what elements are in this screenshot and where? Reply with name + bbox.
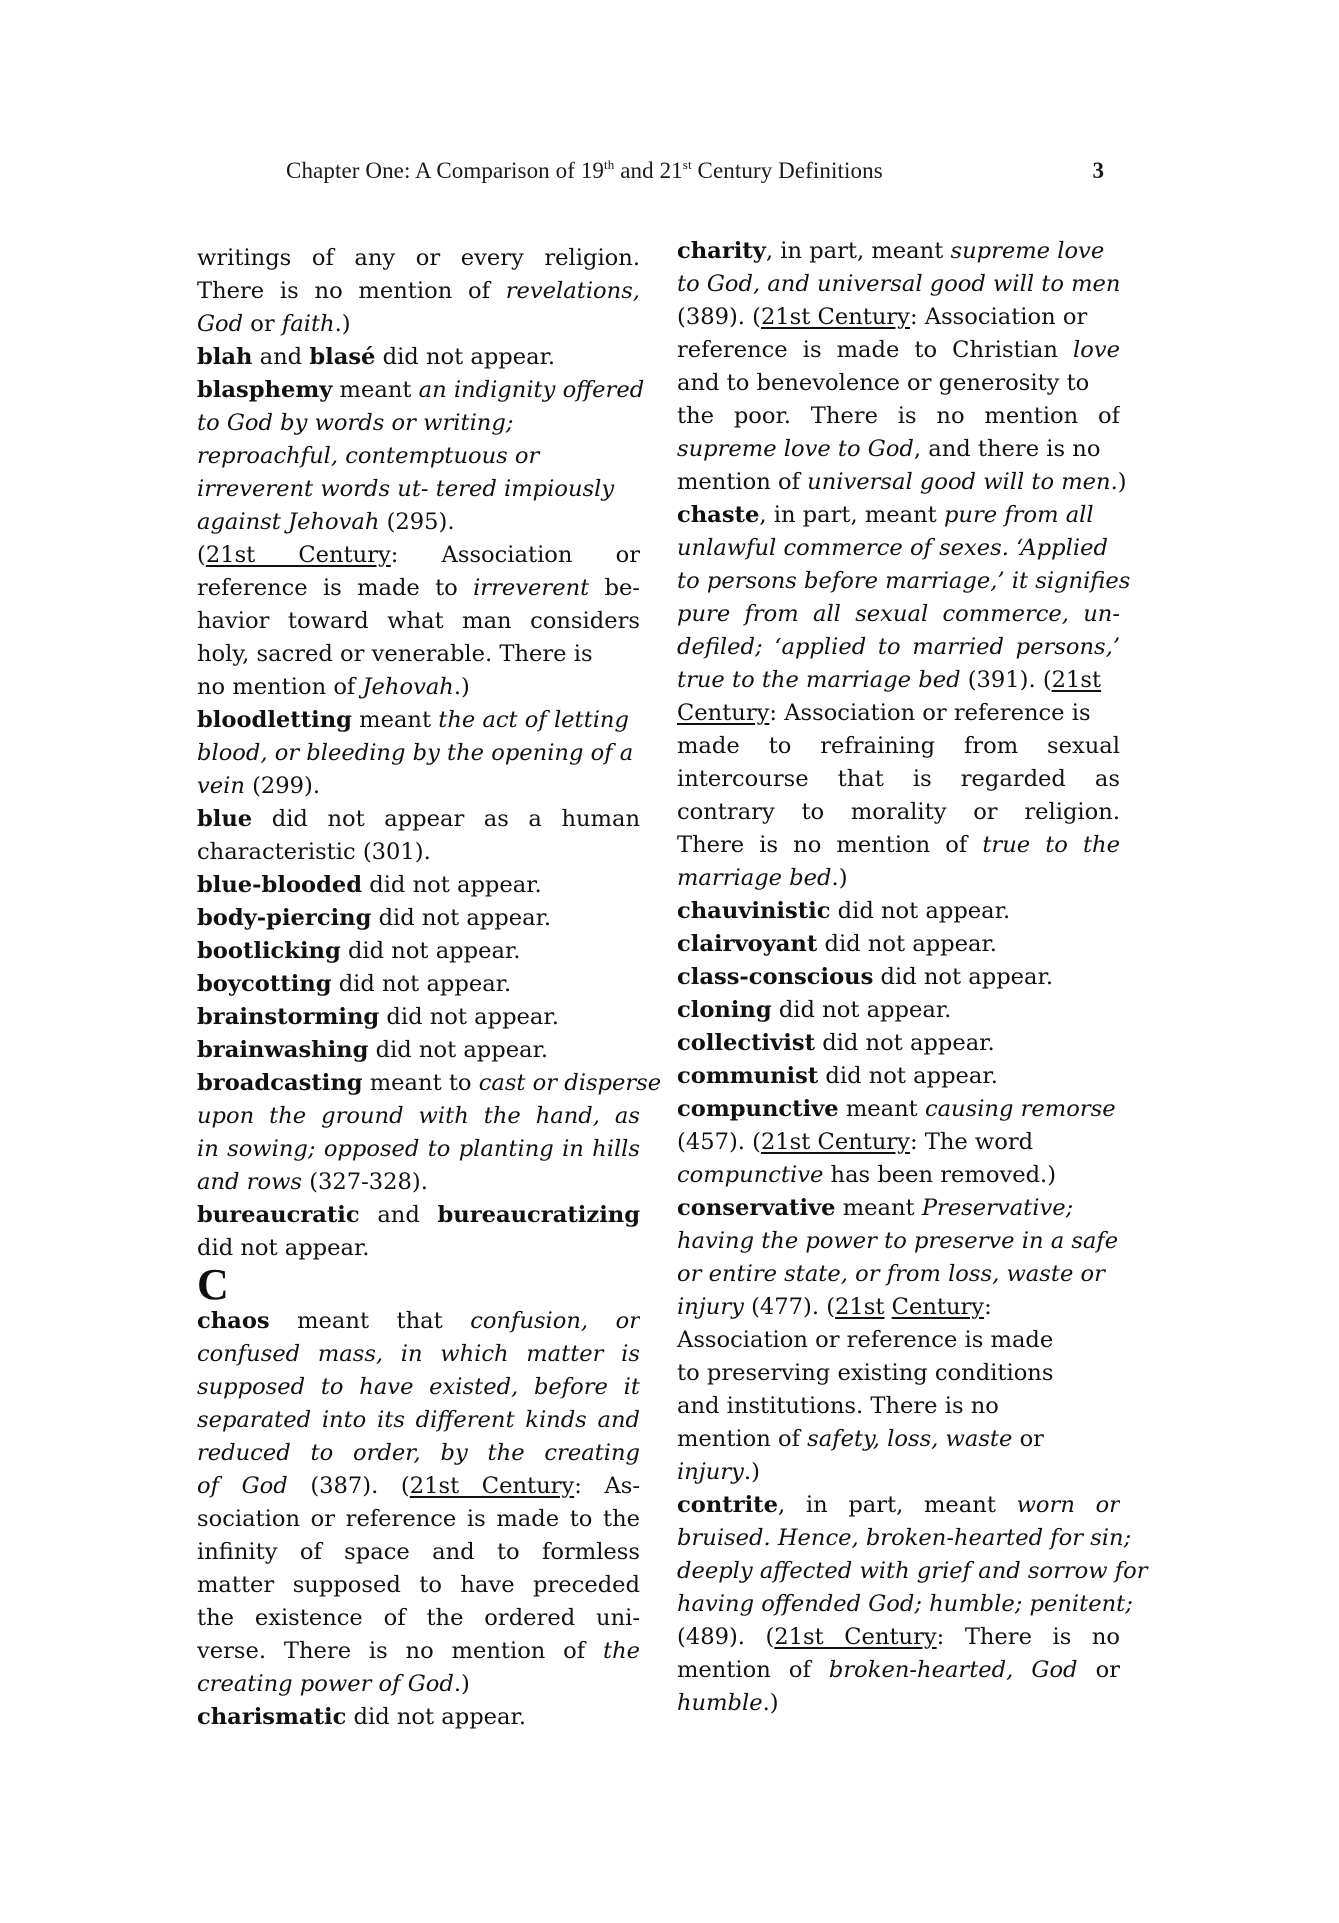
text-run: did not appear. — [368, 1037, 548, 1063]
text-run: to preserving existing conditions — [677, 1360, 1053, 1386]
text-line: body-piercing did not appear. — [197, 902, 640, 935]
text-line: marriage bed.) — [677, 862, 1120, 895]
text-run: did not appear. — [830, 898, 1010, 924]
text-run: : — [984, 1294, 992, 1320]
definition-italic: safety, loss, waste — [807, 1426, 1012, 1452]
text-run: There is no mention of — [197, 278, 506, 304]
century-label: 21st — [1052, 667, 1101, 693]
text-line: charity, in part, meant supreme love — [677, 235, 1120, 268]
text-line: contrite, in part, meant worn or — [677, 1489, 1120, 1522]
chapter-title: Chapter One: A Comparison of 19th and 21… — [286, 158, 883, 184]
definition-italic: injury — [677, 1294, 744, 1320]
text-run: : Association or — [910, 304, 1087, 330]
definition-italic: worn or — [1017, 1492, 1120, 1518]
century-label: Century — [892, 1294, 984, 1320]
headword: broadcasting — [197, 1070, 363, 1096]
text-run: C — [197, 1260, 229, 1309]
text-run: (299). — [245, 773, 320, 799]
text-line: made to refraining from sexual — [677, 730, 1120, 763]
headword: charismatic — [197, 1704, 346, 1730]
text-run: did not appear. — [375, 344, 555, 370]
definition-italic: irreverent — [473, 575, 589, 601]
text-run: .) — [832, 865, 848, 891]
definition-italic: true to the — [982, 832, 1120, 858]
text-run: verse. There is no mention of — [197, 1638, 603, 1664]
headword: bootlicking — [197, 938, 341, 964]
headword: collectivist — [677, 1030, 815, 1056]
definition-italic: confused mass, in which matter is — [197, 1341, 640, 1367]
title-part: Chapter One: A Comparison of 19 — [286, 158, 604, 183]
text-line: (457). (21st Century: The word — [677, 1126, 1120, 1159]
running-head: Chapter One: A Comparison of 19th and 21… — [286, 158, 1104, 188]
right-column: charity, in part, meant supreme loveto G… — [677, 235, 1120, 1720]
text-line: intercourse that is regarded as — [677, 763, 1120, 796]
text-line: defiled; ‘applied to married persons,’ — [677, 631, 1120, 664]
headword: bureaucratic — [197, 1202, 360, 1228]
text-run: did not appear. — [379, 1004, 559, 1030]
text-run: reference is made to Christian — [677, 337, 1073, 363]
text-run: did not appear as a human — [252, 806, 640, 832]
text-run: (389). ( — [677, 304, 761, 330]
definition-italic: marriage bed — [677, 865, 832, 891]
text-line: chaos meant that confusion, or — [197, 1305, 640, 1338]
text-run: and institutions. There is no — [677, 1393, 999, 1419]
text-line: humble.) — [677, 1687, 1120, 1720]
definition-italic: reproachful, contemptuous or — [197, 443, 539, 469]
text-line: charismatic did not appear. — [197, 1701, 640, 1734]
text-run: : As- — [574, 1473, 640, 1499]
century-label: 21st Century — [761, 304, 910, 330]
definition-italic: or entire state, or from loss, waste or — [677, 1261, 1105, 1287]
text-line: deeply affected with grief and sorrow fo… — [677, 1555, 1120, 1588]
text-line: cloning did not appear. — [677, 994, 1120, 1027]
text-line: true to the marriage bed (391). (21st — [677, 664, 1120, 697]
definition-italic: injury — [677, 1459, 744, 1485]
text-run: .) — [763, 1690, 779, 1716]
superscript-th: th — [604, 157, 614, 172]
headword: chaos — [197, 1308, 270, 1334]
book-page: Chapter One: A Comparison of 19th and 21… — [0, 0, 1339, 1923]
text-line: blah and blasé did not appear. — [197, 341, 640, 374]
superscript-st: st — [683, 157, 692, 172]
text-run: did not appear. — [772, 997, 952, 1023]
definition-italic: vein — [197, 773, 245, 799]
definition-italic: creating power of God — [197, 1671, 454, 1697]
definition-italic: faith — [282, 311, 335, 337]
definition-italic: reduced to order, by the creating power — [197, 1440, 640, 1470]
text-line: confused mass, in which matter is — [197, 1338, 640, 1371]
text-run: did not appear. — [818, 1063, 998, 1089]
text-run: did not appear. — [873, 964, 1053, 990]
text-line: blue did not appear as a human — [197, 803, 640, 836]
definition-italic: supreme love — [950, 238, 1104, 264]
text-line: upon the ground with the hand, as seed — [197, 1100, 640, 1133]
text-line: creating power of God.) — [197, 1668, 640, 1701]
text-line: (489). (21st Century: There is no — [677, 1621, 1120, 1654]
text-run: intercourse that is regarded as — [677, 766, 1120, 792]
century-label: 21st Century — [774, 1624, 936, 1650]
text-run: There is no mention of — [677, 832, 982, 858]
text-run: meant — [839, 1096, 925, 1122]
text-run: and to benevolence or generosity to — [677, 370, 1089, 396]
text-line: conservative meant Preservative; — [677, 1192, 1120, 1225]
text-run: mention of — [677, 1657, 829, 1683]
definition-italic: unlawful commerce of sexes. ‘Applied — [677, 535, 1108, 561]
headword: compunctive — [677, 1096, 839, 1122]
text-line: reproachful, contemptuous or — [197, 440, 640, 473]
definition-italic: humble — [677, 1690, 763, 1716]
definition-italic: broken-hearted, God — [829, 1657, 1078, 1683]
text-run: .) — [335, 311, 351, 337]
definition-italic: defiled; ‘applied to married persons,’ — [677, 634, 1120, 660]
left-column: writings of any or every religion.There … — [197, 242, 640, 1734]
text-run: or — [1012, 1426, 1044, 1452]
text-line: to persons before marriage,’ it signifie… — [677, 565, 1120, 598]
text-run: meant — [332, 377, 418, 403]
text-line: mention of safety, loss, waste or — [677, 1423, 1120, 1456]
definition-italic: having the power to preserve in a safe — [677, 1228, 1118, 1254]
text-line: reference is made to Christian love — [677, 334, 1120, 367]
definition-italic: pure from all — [944, 502, 1094, 528]
text-run: .) — [454, 674, 470, 700]
text-line: separated into its different kinds and — [197, 1404, 640, 1437]
text-run: infinity of space and to formless — [197, 1539, 640, 1565]
text-line: the poor. There is no mention of — [677, 400, 1120, 433]
text-line: in sowing; opposed to planting in hills — [197, 1133, 640, 1166]
text-line: contrary to morality or religion. — [677, 796, 1120, 829]
headword: blasphemy — [197, 377, 332, 403]
text-run: , and there is no — [914, 436, 1101, 462]
text-line: and to benevolence or generosity to — [677, 367, 1120, 400]
text-line: and rows (327-328). — [197, 1166, 640, 1199]
century-label: 21st Century — [761, 1129, 910, 1155]
definition-italic: and rows — [197, 1169, 302, 1195]
definition-italic: cast or disperse — [479, 1070, 661, 1096]
definition-italic: of God — [197, 1473, 288, 1499]
definition-italic: universal good will to men — [807, 469, 1110, 495]
text-line: vein (299). — [197, 770, 640, 803]
text-line: supposed to have existed, before it was — [197, 1371, 640, 1404]
text-run: (391). ( — [961, 667, 1052, 693]
text-run: did not appear. — [371, 905, 551, 931]
text-run: did not appear. — [341, 938, 521, 964]
text-run: mention of — [677, 1426, 807, 1452]
century-label: 21st Century — [206, 542, 391, 568]
definition-italic: to God by words or writing; — [197, 410, 513, 436]
text-line: blasphemy meant an indignity offered — [197, 374, 640, 407]
text-line: injury (477). (21st Century: — [677, 1291, 1120, 1324]
text-line: mention of broken-hearted, God or — [677, 1654, 1120, 1687]
headword: conservative — [677, 1195, 836, 1221]
text-line: pure from all sexual commerce, un- — [677, 598, 1120, 631]
text-run: ( — [197, 542, 206, 568]
definition-italic: God — [197, 311, 243, 337]
headword: brainwashing — [197, 1037, 368, 1063]
definition-italic: the — [603, 1638, 640, 1664]
text-run: writings of any or every religion. — [197, 245, 640, 271]
definition-italic: causing remorse — [925, 1096, 1116, 1122]
text-run: did not appear. — [346, 1704, 526, 1730]
text-run: .) — [454, 1671, 470, 1697]
text-line: blue-blooded did not appear. — [197, 869, 640, 902]
text-run: characteristic (301). — [197, 839, 431, 865]
text-line: There is no mention of revelations, — [197, 275, 640, 308]
definition-italic: upon the ground with the hand, as seed — [197, 1103, 640, 1133]
text-run: .) — [1111, 469, 1127, 495]
century-label: Century — [677, 700, 769, 726]
text-line: against Jehovah (295). — [197, 506, 640, 539]
text-line: Association or reference is made — [677, 1324, 1120, 1357]
text-line: writings of any or every religion. — [197, 242, 640, 275]
text-run: (489). ( — [677, 1624, 774, 1650]
text-line: holy, sacred or venerable. There is — [197, 638, 640, 671]
headword: blue-blooded — [197, 872, 362, 898]
text-run: and — [252, 344, 309, 370]
text-line: infinity of space and to formless — [197, 1536, 640, 1569]
definition-italic: separated into its different kinds and — [197, 1407, 640, 1433]
headword: body-piercing — [197, 905, 371, 931]
text-run: (295). — [379, 509, 454, 535]
text-line: unlawful commerce of sexes. ‘Applied — [677, 532, 1120, 565]
text-line: boycotting did not appear. — [197, 968, 640, 1001]
headword: communist — [677, 1063, 818, 1089]
text-line: to preserving existing conditions — [677, 1357, 1120, 1390]
headword: cloning — [677, 997, 772, 1023]
text-run: : Association or reference is — [769, 700, 1090, 726]
headword: bureaucratizing — [437, 1202, 640, 1228]
text-run — [884, 1294, 891, 1320]
text-run: contrary to morality or religion. — [677, 799, 1120, 825]
text-run: reference is made to — [197, 575, 473, 601]
century-label: 21st Century — [410, 1473, 574, 1499]
text-line: characteristic (301). — [197, 836, 640, 869]
text-run: no mention of — [197, 674, 362, 700]
text-line: to God by words or writing; — [197, 407, 640, 440]
text-line: bureaucratic and bureaucratizing — [197, 1199, 640, 1232]
definition-italic: Preservative; — [922, 1195, 1073, 1221]
section-letter-heading: C — [197, 1265, 640, 1305]
text-run: did not appear. — [362, 872, 542, 898]
text-line: collectivist did not appear. — [677, 1027, 1120, 1060]
headword: chaste — [677, 502, 759, 528]
text-line: class-conscious did not appear. — [677, 961, 1120, 994]
text-line: irreverent words ut- tered impiously — [197, 473, 640, 506]
definition-italic: to persons before marriage,’ it signifie… — [677, 568, 1130, 594]
text-run: and — [360, 1202, 438, 1228]
text-line: havior toward what man considers — [197, 605, 640, 638]
text-run: sociation or reference is made to the — [197, 1506, 640, 1532]
text-run: meant that — [270, 1308, 471, 1334]
text-run: did not appear. — [815, 1030, 995, 1056]
text-line: supreme love to God, and there is no — [677, 433, 1120, 466]
text-run: has been removed.) — [823, 1162, 1056, 1188]
headword: chauvinistic — [677, 898, 830, 924]
text-run: , in part, meant — [778, 1492, 1017, 1518]
text-run: did not appear. — [332, 971, 512, 997]
text-run: (457). ( — [677, 1129, 761, 1155]
definition-italic: confusion, or — [470, 1308, 640, 1334]
headword: blah — [197, 344, 252, 370]
text-line: the existence of the ordered uni- — [197, 1602, 640, 1635]
text-run: did not appear. — [817, 931, 997, 957]
text-line: (389). (21st Century: Association or — [677, 301, 1120, 334]
text-run: havior toward what man considers — [197, 608, 640, 634]
text-line: (21st Century: Association or — [197, 539, 640, 572]
text-run: : The word — [910, 1129, 1033, 1155]
headword: class-conscious — [677, 964, 873, 990]
text-run: mention of — [677, 469, 807, 495]
definition-italic: to God, and universal good will to men — [677, 271, 1120, 297]
text-line: There is no mention of true to the — [677, 829, 1120, 862]
definition-italic: the act of letting — [438, 707, 629, 733]
definition-italic: deeply affected with grief and sorrow fo… — [677, 1558, 1148, 1584]
text-line: compunctive meant causing remorse — [677, 1093, 1120, 1126]
definition-italic: Jehovah — [362, 674, 453, 700]
text-run: , in part, meant — [766, 238, 951, 264]
text-run: , in part, meant — [759, 502, 944, 528]
definition-italic: blood, or bleeding by the opening of a — [197, 740, 633, 766]
definition-italic: having offended God; humble; penitent; — [677, 1591, 1133, 1617]
headword: clairvoyant — [677, 931, 817, 957]
title-part: and 21 — [614, 158, 682, 183]
definition-italic: in sowing; opposed to planting in hills — [197, 1136, 640, 1162]
text-line: communist did not appear. — [677, 1060, 1120, 1093]
text-run: Association or reference is made — [677, 1327, 1053, 1353]
text-run: be- — [589, 575, 640, 601]
definition-italic: true to the marriage bed — [677, 667, 961, 693]
text-line: verse. There is no mention of the — [197, 1635, 640, 1668]
text-run: the existence of the ordered uni- — [197, 1605, 640, 1631]
headword: contrite — [677, 1492, 778, 1518]
definition-italic: supposed to have existed, before it was — [197, 1374, 640, 1404]
text-line: of God (387). (21st Century: As- — [197, 1470, 640, 1503]
definition-italic: irreverent words ut- tered impiously — [197, 476, 614, 502]
text-line: matter supposed to have preceded — [197, 1569, 640, 1602]
text-line: chaste, in part, meant pure from all — [677, 499, 1120, 532]
text-line: bootlicking did not appear. — [197, 935, 640, 968]
title-part: Century Definitions — [692, 158, 883, 183]
text-line: bloodletting meant the act of letting — [197, 704, 640, 737]
text-line: clairvoyant did not appear. — [677, 928, 1120, 961]
century-label: 21st — [835, 1294, 884, 1320]
text-line: did not appear. — [197, 1232, 640, 1265]
text-run: meant — [352, 707, 438, 733]
headword: bloodletting — [197, 707, 352, 733]
text-line: injury.) — [677, 1456, 1120, 1489]
text-line: reduced to order, by the creating power — [197, 1437, 640, 1470]
text-run: matter supposed to have preceded — [197, 1572, 640, 1598]
text-line: brainwashing did not appear. — [197, 1034, 640, 1067]
text-line: reference is made to irreverent be- — [197, 572, 640, 605]
text-run: or — [1078, 1657, 1120, 1683]
text-run: (327-328). — [302, 1169, 428, 1195]
text-line: having offended God; humble; penitent; — [677, 1588, 1120, 1621]
text-line: to God, and universal good will to men — [677, 268, 1120, 301]
text-run: : There is no — [937, 1624, 1120, 1650]
text-line: mention of universal good will to men.) — [677, 466, 1120, 499]
text-run: (387). ( — [288, 1473, 410, 1499]
text-run: .) — [744, 1459, 760, 1485]
text-run: : Association or — [391, 542, 640, 568]
definition-italic: love — [1073, 337, 1120, 363]
text-line: Century: Association or reference is — [677, 697, 1120, 730]
text-line: God or faith.) — [197, 308, 640, 341]
text-line: no mention of Jehovah.) — [197, 671, 640, 704]
text-run: meant to — [363, 1070, 479, 1096]
definition-italic: supreme love to God — [677, 436, 914, 462]
text-line: or entire state, or from loss, waste or — [677, 1258, 1120, 1291]
headword: blue — [197, 806, 252, 832]
text-run: (477). ( — [744, 1294, 835, 1320]
text-line: bruised. Hence, broken-hearted for sin; — [677, 1522, 1120, 1555]
headword: charity — [677, 238, 766, 264]
text-line: brainstorming did not appear. — [197, 1001, 640, 1034]
text-run: holy, sacred or venerable. There is — [197, 641, 593, 667]
text-run: did not appear. — [197, 1235, 370, 1261]
headword: brainstorming — [197, 1004, 379, 1030]
definition-italic: against Jehovah — [197, 509, 379, 535]
definition-italic: compunctive — [677, 1162, 823, 1188]
definition-italic: revelations, — [506, 278, 640, 304]
text-line: sociation or reference is made to the — [197, 1503, 640, 1536]
text-run: made to refraining from sexual — [677, 733, 1120, 759]
text-run: or — [243, 311, 282, 337]
headword: blasé — [309, 344, 375, 370]
text-run: the poor. There is no mention of — [677, 403, 1120, 429]
text-line: compunctive has been removed.) — [677, 1159, 1120, 1192]
text-line: broadcasting meant to cast or disperse — [197, 1067, 640, 1100]
definition-italic: bruised. Hence, broken-hearted for sin; — [677, 1525, 1131, 1551]
page-number: 3 — [1093, 158, 1105, 184]
text-line: and institutions. There is no — [677, 1390, 1120, 1423]
text-line: blood, or bleeding by the opening of a — [197, 737, 640, 770]
text-line: having the power to preserve in a safe — [677, 1225, 1120, 1258]
text-line: chauvinistic did not appear. — [677, 895, 1120, 928]
text-run: meant — [836, 1195, 922, 1221]
definition-italic: an indignity offered — [419, 377, 645, 403]
headword: boycotting — [197, 971, 332, 997]
definition-italic: pure from all sexual commerce, un- — [677, 601, 1120, 627]
